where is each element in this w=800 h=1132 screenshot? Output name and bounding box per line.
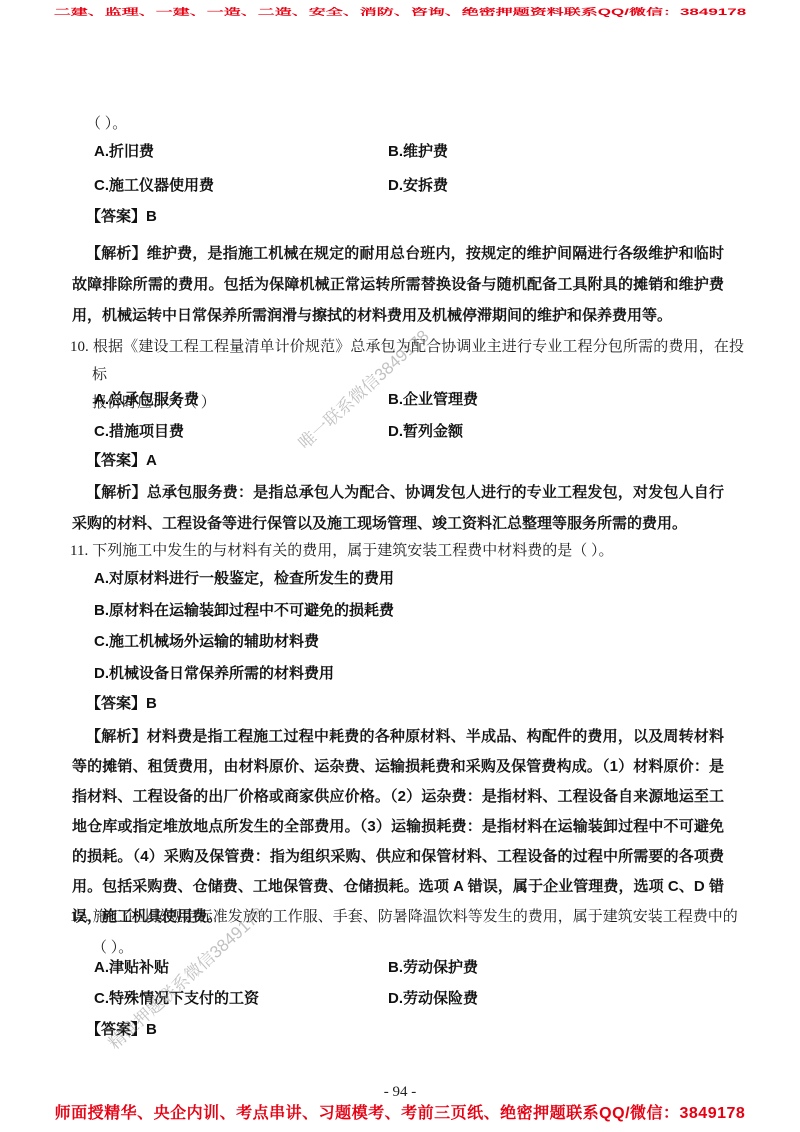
q9-option-c: C.施工仪器使用费 (94, 174, 214, 195)
q10-option-d: D.暂列金额 (388, 420, 463, 441)
q9-option-d: D.安拆费 (388, 174, 448, 195)
q11-option-a: A.对原材料进行一般鉴定，检查所发生的费用 (94, 567, 394, 588)
q9-option-a: A.折旧费 (94, 140, 154, 161)
q12-stem: 12.施工企业按规定标准发放的工作服、手套、防暑降温饮料等发生的费用，属于建筑安… (70, 902, 744, 964)
q10-answer: 【答案】A (86, 449, 157, 470)
q11-number: 11. (70, 543, 88, 559)
q12-options-row-1: A.津贴补贴 B.劳动保护费 (0, 956, 800, 978)
q10-stem-line1: 根据《建设工程工程量清单计价规范》总承包为配合协调业主进行专业工程分包所需的费用… (92, 339, 744, 383)
q9-options-row-1: A.折旧费 B.维护费 (0, 140, 800, 162)
q10-option-a: A.总承包服务费 (94, 388, 199, 409)
q9-stem-tail: （ ）。 (86, 112, 127, 133)
q11-stem: 11.下列施工中发生的与材料有关的费用，属于建筑安装工程费中材料费的是（ ）。 (70, 537, 744, 565)
q12-stem-line1: 施工企业按规定标准发放的工作服、手套、防暑降温饮料等发生的费用，属于建筑安装工程… (93, 909, 738, 925)
q10-option-c: C.措施项目费 (94, 420, 184, 441)
q9-options-row-2: C.施工仪器使用费 D.安拆费 (0, 174, 800, 196)
q10-analysis: 【解析】总承包服务费：是指总承包人为配合、协调发包人进行的专业工程发包，对发包人… (72, 477, 724, 539)
q10-options-row-2: C.措施项目费 D.暂列金额 (0, 420, 800, 442)
q11-analysis: 【解析】材料费是指工程施工过程中耗费的各种原材料、半成品、构配件的费用，以及周转… (72, 722, 724, 932)
header-banner-text: 二建、监理、一建、一造、二造、安全、消防、咨询、绝密押题资料联系QQ/微信：38… (54, 4, 746, 18)
q10-number: 10. (70, 339, 89, 355)
q12-option-a: A.津贴补贴 (94, 956, 169, 977)
q10-options-row-1: A.总承包服务费 B.企业管理费 (0, 388, 800, 410)
q9-answer: 【答案】B (86, 205, 157, 226)
q12-stem-line2: （ ）。 (92, 940, 133, 956)
q11-answer: 【答案】B (86, 692, 157, 713)
document-page: 二建、监理、一建、一造、二造、安全、消防、咨询、绝密押题资料联系QQ/微信：38… (0, 0, 800, 1132)
q11-stem-text: 下列施工中发生的与材料有关的费用，属于建筑安装工程费中材料费的是（ ）。 (92, 543, 613, 559)
q11-option-c: C.施工机械场外运输的辅助材料费 (94, 630, 319, 651)
q12-options-row-2: C.特殊情况下支付的工资 D.劳动保险费 (0, 987, 800, 1009)
q12-option-d: D.劳动保险费 (388, 987, 478, 1008)
q9-analysis: 【解析】维护费，是指施工机械在规定的耐用总台班内，按规定的维护间隔进行各级维护和… (72, 238, 724, 331)
q11-option-b: B.原材料在运输装卸过程中不可避免的损耗费 (94, 599, 394, 620)
q12-option-b: B.劳动保护费 (388, 956, 478, 977)
q12-option-c: C.特殊情况下支付的工资 (94, 987, 259, 1008)
page-number: - 94 - (0, 1084, 800, 1101)
q12-answer: 【答案】B (86, 1018, 157, 1039)
q10-option-b: B.企业管理费 (388, 388, 478, 409)
footer-banner: 师面授精华、央企内训、考点串讲、习题模考、考前三页纸、绝密押题联系QQ/微信：3… (0, 1100, 800, 1123)
q11-option-d: D.机械设备日常保养所需的材料费用 (94, 662, 334, 683)
q9-option-b: B.维护费 (388, 140, 448, 161)
header-banner: 二建、监理、一建、一造、二造、安全、消防、咨询、绝密押题资料联系QQ/微信：38… (0, 4, 800, 29)
q12-number: 12. (70, 909, 89, 925)
